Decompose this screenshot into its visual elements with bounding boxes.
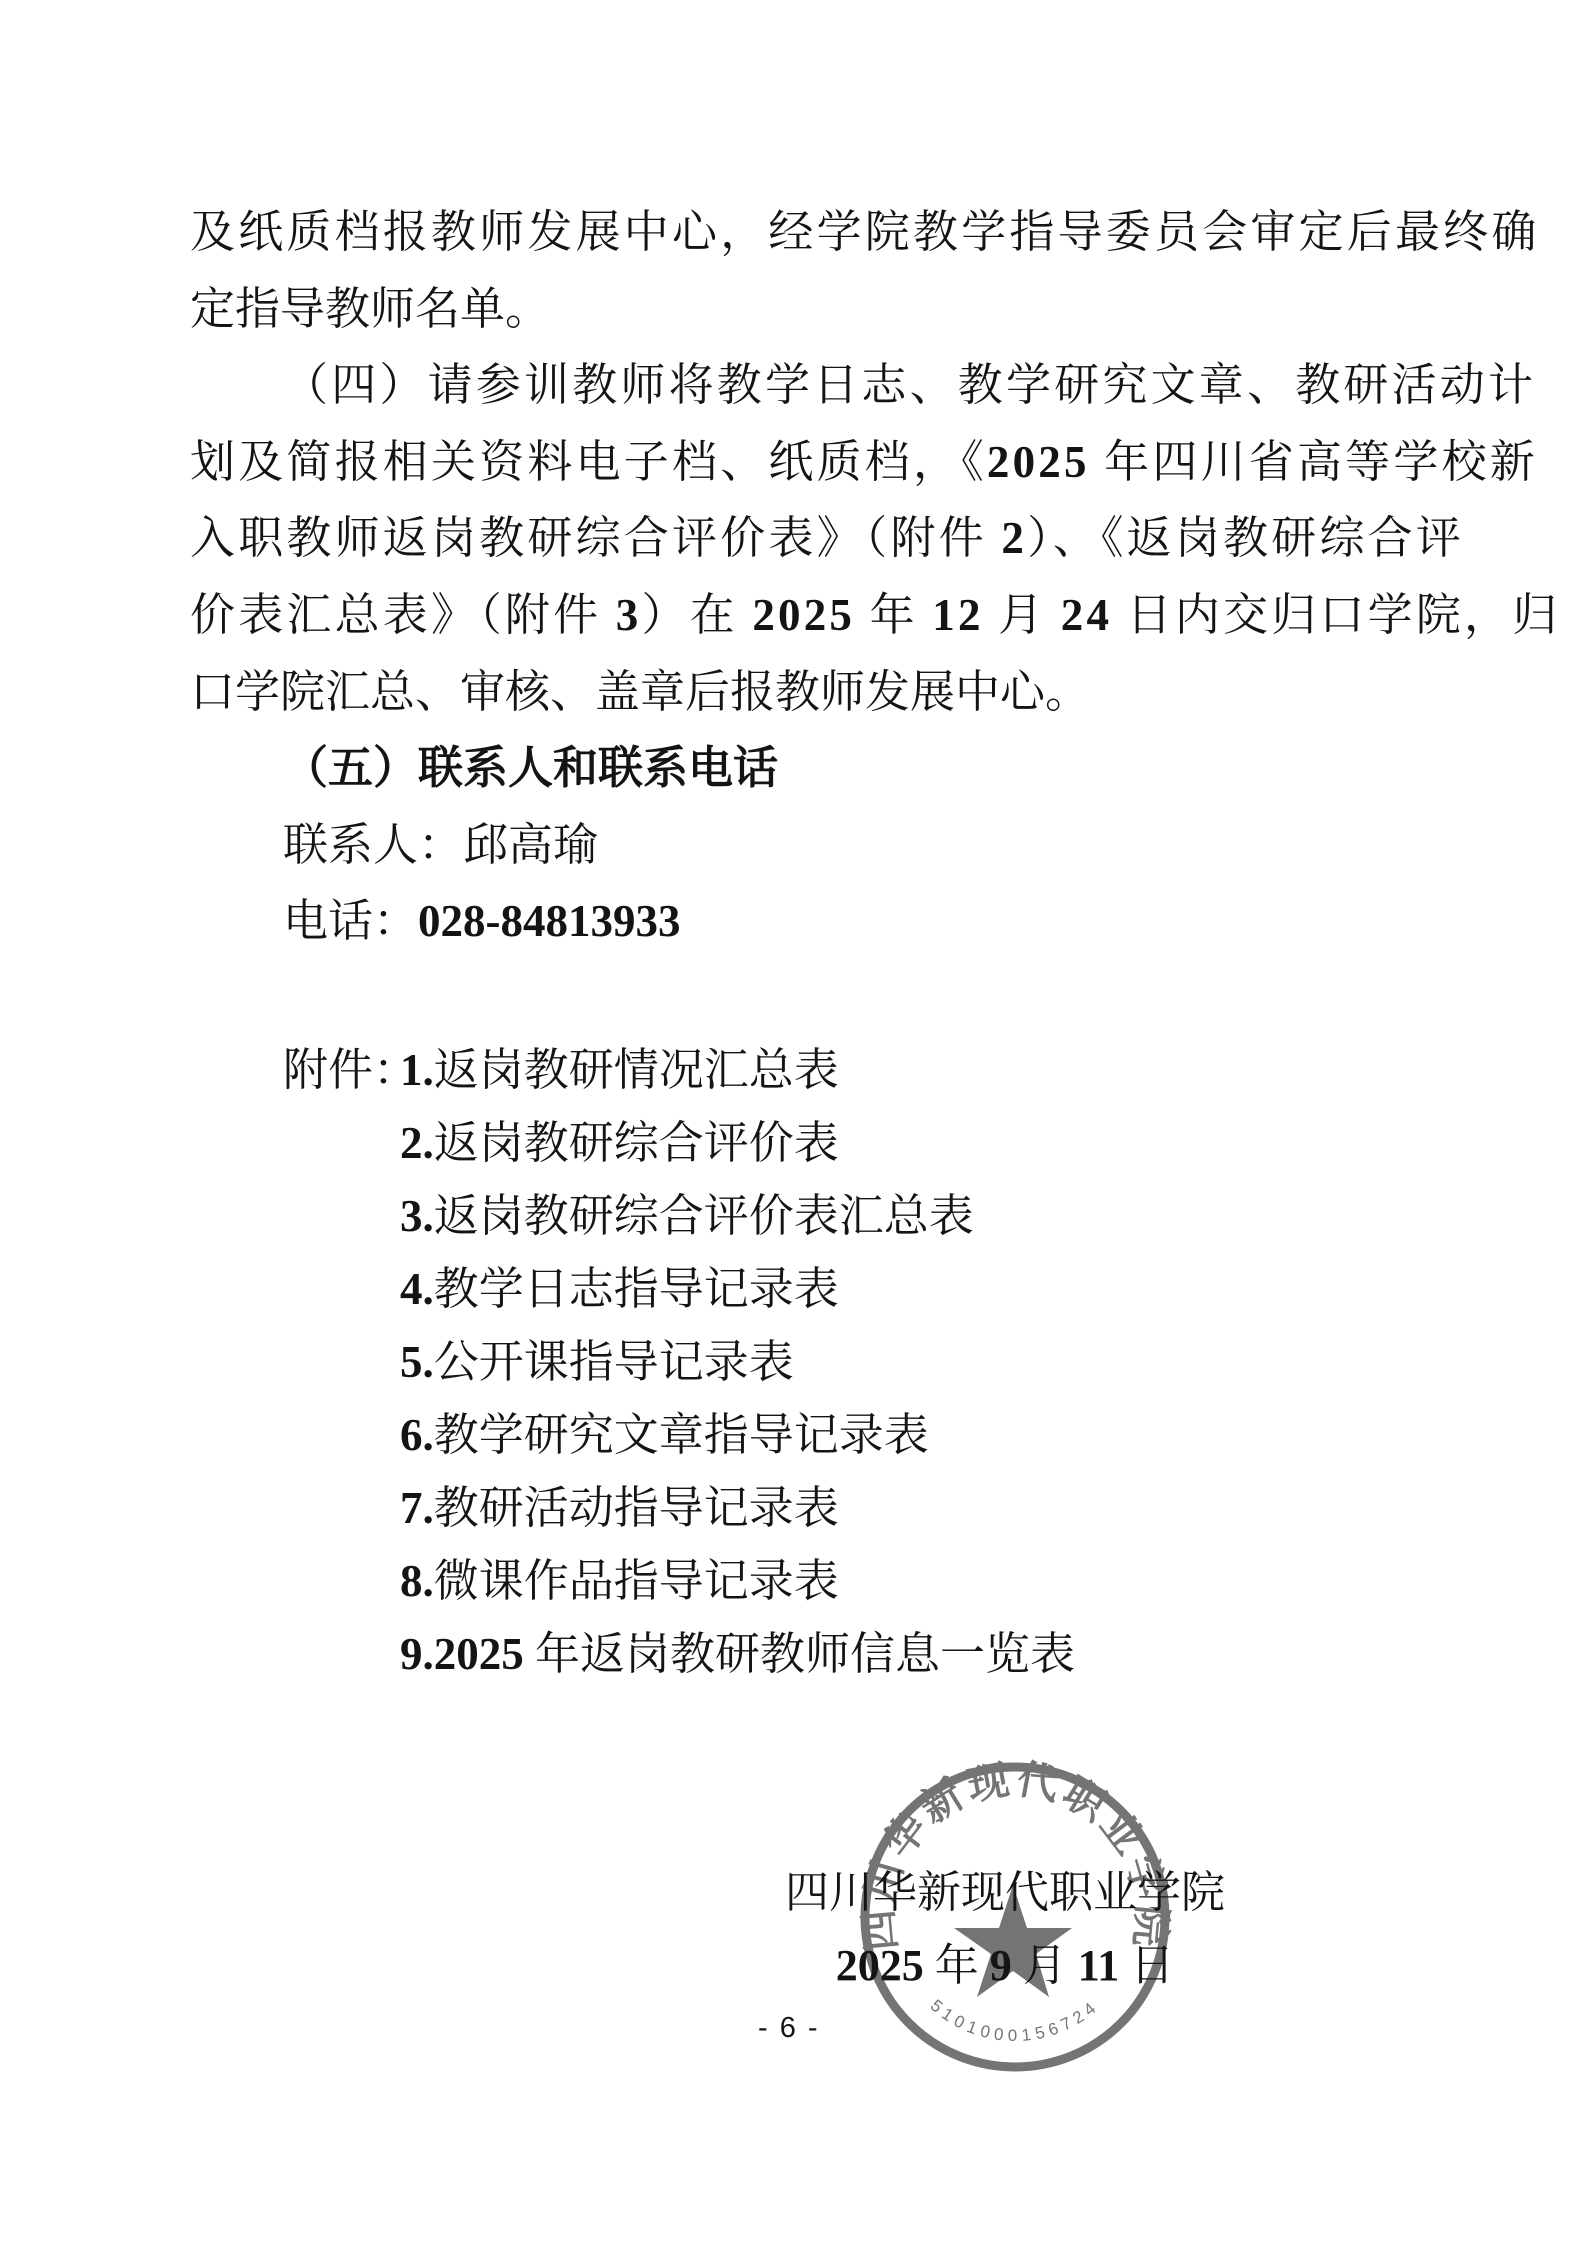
text-segment: （四）请参训教师将教学日志、教学研究文章、教研活动计 [283, 360, 1536, 410]
text-segment: ）、《返岗教研综合评 [1027, 513, 1464, 563]
attachment-title: 年返岗教研教师信息一览表 [524, 1629, 1075, 1679]
attachment-item: 2.返岗教研综合评价表 [190, 1107, 1462, 1180]
text-segment: 年 [855, 590, 932, 640]
attachment-item: 3.返岗教研综合评价表汇总表 [190, 1180, 1462, 1253]
text-segment: 月 [1012, 1941, 1078, 1990]
attachment-item: 4.教学日志指导记录表 [190, 1253, 1462, 1326]
text-segment: 24 [1061, 590, 1112, 640]
text-segment: 年四川省高等学校新 [1090, 437, 1538, 487]
text-segment: 028-84813933 [418, 896, 681, 946]
text-segment: （五）联系人和联系电话 [283, 743, 778, 793]
body-line: 价表汇总表》（附件 3）在 2025 年 12 月 24 日内交归口学院，归 [190, 577, 1462, 654]
text-segment: 年 [924, 1941, 990, 1990]
text-segment: 2025 [836, 1941, 924, 1990]
attachments-block: 附件： 1.返岗教研情况汇总表2.返岗教研综合评价表3.返岗教研综合评价表汇总表… [190, 1034, 1462, 1691]
text-segment: 11 [1078, 1941, 1120, 1990]
body-line: 及纸质档报教师发展中心，经学院教学指导委员会审定后最终确 [190, 194, 1462, 271]
attachment-title: 返岗教研情况汇总表 [434, 1045, 839, 1095]
text-segment: 2025 [987, 437, 1090, 487]
attachment-title: 微课作品指导记录表 [434, 1556, 839, 1606]
page-number: - 6 - [758, 2012, 820, 2045]
attachment-item: 8.微课作品指导记录表 [190, 1545, 1462, 1618]
attachment-item: 5.公开课指导记录表 [190, 1326, 1462, 1399]
document-page: 及纸质档报教师发展中心，经学院教学指导委员会审定后最终确定指导教师名单。（四）请… [0, 0, 1587, 2245]
text-segment: 2 [1001, 513, 1027, 563]
attachment-number: 2. [400, 1118, 434, 1168]
body-line: （四）请参训教师将教学日志、教学研究文章、教研活动计 [190, 347, 1462, 424]
attachment-title: 教研活动指导记录表 [434, 1483, 839, 1533]
body-line: 联系人：邱高瑜 [190, 807, 1462, 884]
text-segment: 日内交归口学院，归 [1112, 590, 1560, 640]
text-segment: 3 [616, 590, 642, 640]
attachment-title: 教学研究文章指导记录表 [434, 1410, 929, 1460]
attachment-title: 教学日志指导记录表 [434, 1264, 839, 1314]
text-segment: 定指导教师名单。 [190, 284, 550, 334]
attachment-title: 公开课指导记录表 [434, 1337, 794, 1387]
signature-date: 2025 年 9 月 11 日 [770, 1929, 1240, 1993]
signature-organization: 四川华新现代职业学院 [770, 1856, 1240, 1920]
attachments-list: 1.返岗教研情况汇总表2.返岗教研综合评价表3.返岗教研综合评价表汇总表4.教学… [190, 1034, 1462, 1691]
text-segment: 日 [1119, 1941, 1174, 1990]
text-segment: 9 [990, 1941, 1012, 1990]
text-segment: 2025 [752, 590, 855, 640]
body-text-block: 及纸质档报教师发展中心，经学院教学指导委员会审定后最终确定指导教师名单。（四）请… [190, 194, 1462, 960]
body-line: 入职教师返岗教研综合评价表》（附件 2）、《返岗教研综合评 [190, 500, 1462, 577]
text-segment: 联系人：邱高瑜 [283, 820, 598, 870]
attachment-item: 9.2025 年返岗教研教师信息一览表 [190, 1618, 1462, 1691]
attachment-item: 7.教研活动指导记录表 [190, 1472, 1462, 1545]
body-line: 口学院汇总、审核、盖章后报教师发展中心。 [190, 654, 1462, 731]
attachment-title: 返岗教研综合评价表汇总表 [434, 1191, 974, 1241]
attachment-item: 6.教学研究文章指导记录表 [190, 1399, 1462, 1472]
text-segment: 月 [984, 590, 1061, 640]
attachment-number: 6. [400, 1410, 434, 1460]
attachment-number: 5. [400, 1337, 434, 1387]
body-line: 定指导教师名单。 [190, 271, 1462, 348]
body-line: 电话：028-84813933 [190, 883, 1462, 960]
attachment-number: 9.2025 [400, 1629, 524, 1679]
text-segment: 入职教师返岗教研综合评价表》（附件 [190, 513, 1001, 563]
text-segment: 12 [932, 590, 983, 640]
text-segment: 价表汇总表》（附件 [190, 590, 616, 640]
stamp-serial-number: 5101000156724 [927, 1996, 1103, 2045]
body-line: 划及简报相关资料电子档、纸质档，《2025 年四川省高等学校新 [190, 424, 1462, 501]
attachment-number: 4. [400, 1264, 434, 1314]
body-line: （五）联系人和联系电话 [190, 730, 1462, 807]
attachment-title: 返岗教研综合评价表 [434, 1118, 839, 1168]
attachment-number: 7. [400, 1483, 434, 1533]
attachment-number: 8. [400, 1556, 434, 1606]
attachments-label: 附件： [283, 1034, 418, 1107]
text-segment: 及纸质档报教师发展中心，经学院教学指导委员会审定后最终确 [190, 207, 1540, 257]
text-segment: 电话： [283, 896, 418, 946]
text-segment: 划及简报相关资料电子档、纸质档，《 [190, 437, 987, 487]
attachment-number: 3. [400, 1191, 434, 1241]
text-segment: ）在 [641, 590, 752, 640]
text-segment: 口学院汇总、审核、盖章后报教师发展中心。 [190, 667, 1090, 717]
